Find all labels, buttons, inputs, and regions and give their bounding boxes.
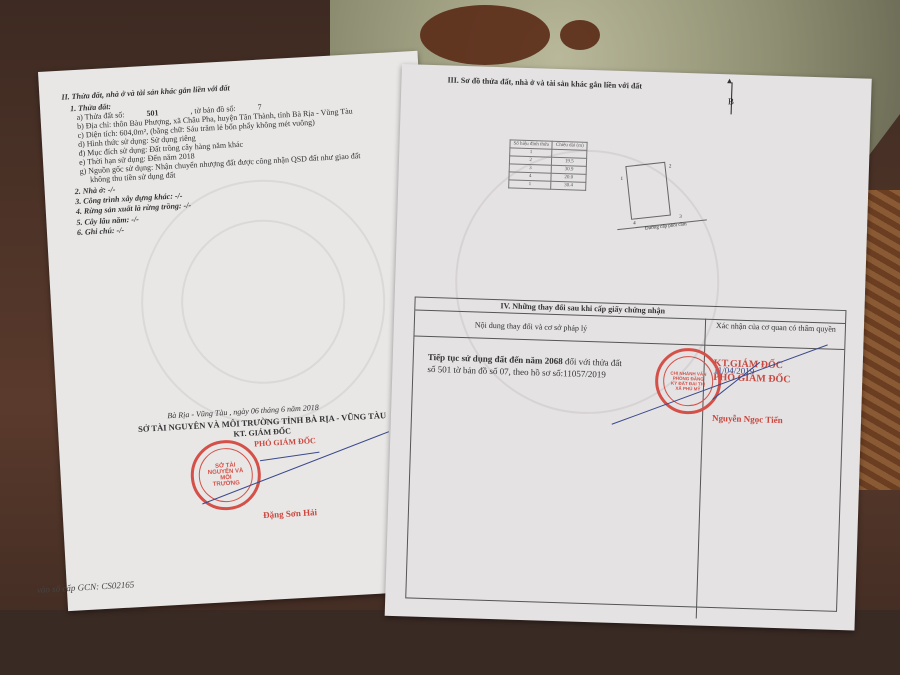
item6: 6. Ghi chú: -/- [77, 225, 125, 238]
north-label: B [728, 96, 734, 106]
signature-stroke [260, 452, 320, 462]
confirm-signer: Nguyễn Ngọc Tiến [712, 413, 783, 425]
section-ii-title: II. Thửa đất, nhà ở và tài sản khác gắn … [61, 83, 230, 102]
confirm-deputy-director: PHÓ GIÁM ĐỐC [713, 373, 790, 385]
table-cell: 30.4 [551, 181, 586, 190]
map-sheet-no: 7 [257, 103, 261, 112]
official-seal: SỞ TÀI NGUYÊN VÀ MÔI TRƯỜNG [189, 438, 263, 512]
certificate-left-page: II. Thửa đất, nhà ở và tài sản khác gắn … [38, 51, 448, 611]
deputy-director: PHÓ GIÁM ĐỐC [254, 436, 316, 449]
col-content-header: Nội dung thay đổi và cơ sở pháp lý [475, 320, 588, 334]
vertex-length-table: Số hiệu đỉnh thửaChiều dài (m) 1 219.5 3… [508, 139, 588, 190]
parcel-outline [625, 162, 671, 220]
north-arrow-head-icon: ▲ [725, 76, 733, 86]
table-cell: 1 [509, 180, 552, 189]
section-iii-title: III. Sơ đồ thửa đất, nhà ở và tài sản kh… [447, 75, 642, 91]
certificate-right-page: III. Sơ đồ thửa đất, nhà ở và tài sản kh… [385, 64, 872, 630]
tablecloth-pattern [560, 20, 600, 50]
tablecloth-pattern [420, 5, 550, 65]
signer-name: Đặng Sơn Hải [263, 507, 317, 520]
vertex-label: 2 [669, 162, 672, 172]
changes-table: IV. Những thay đổi sau khi cấp giấy chứn… [405, 297, 846, 612]
vertex-label: 1 [620, 175, 623, 185]
col-confirm-header: Xác nhận của cơ quan có thẩm quyền [711, 321, 841, 335]
